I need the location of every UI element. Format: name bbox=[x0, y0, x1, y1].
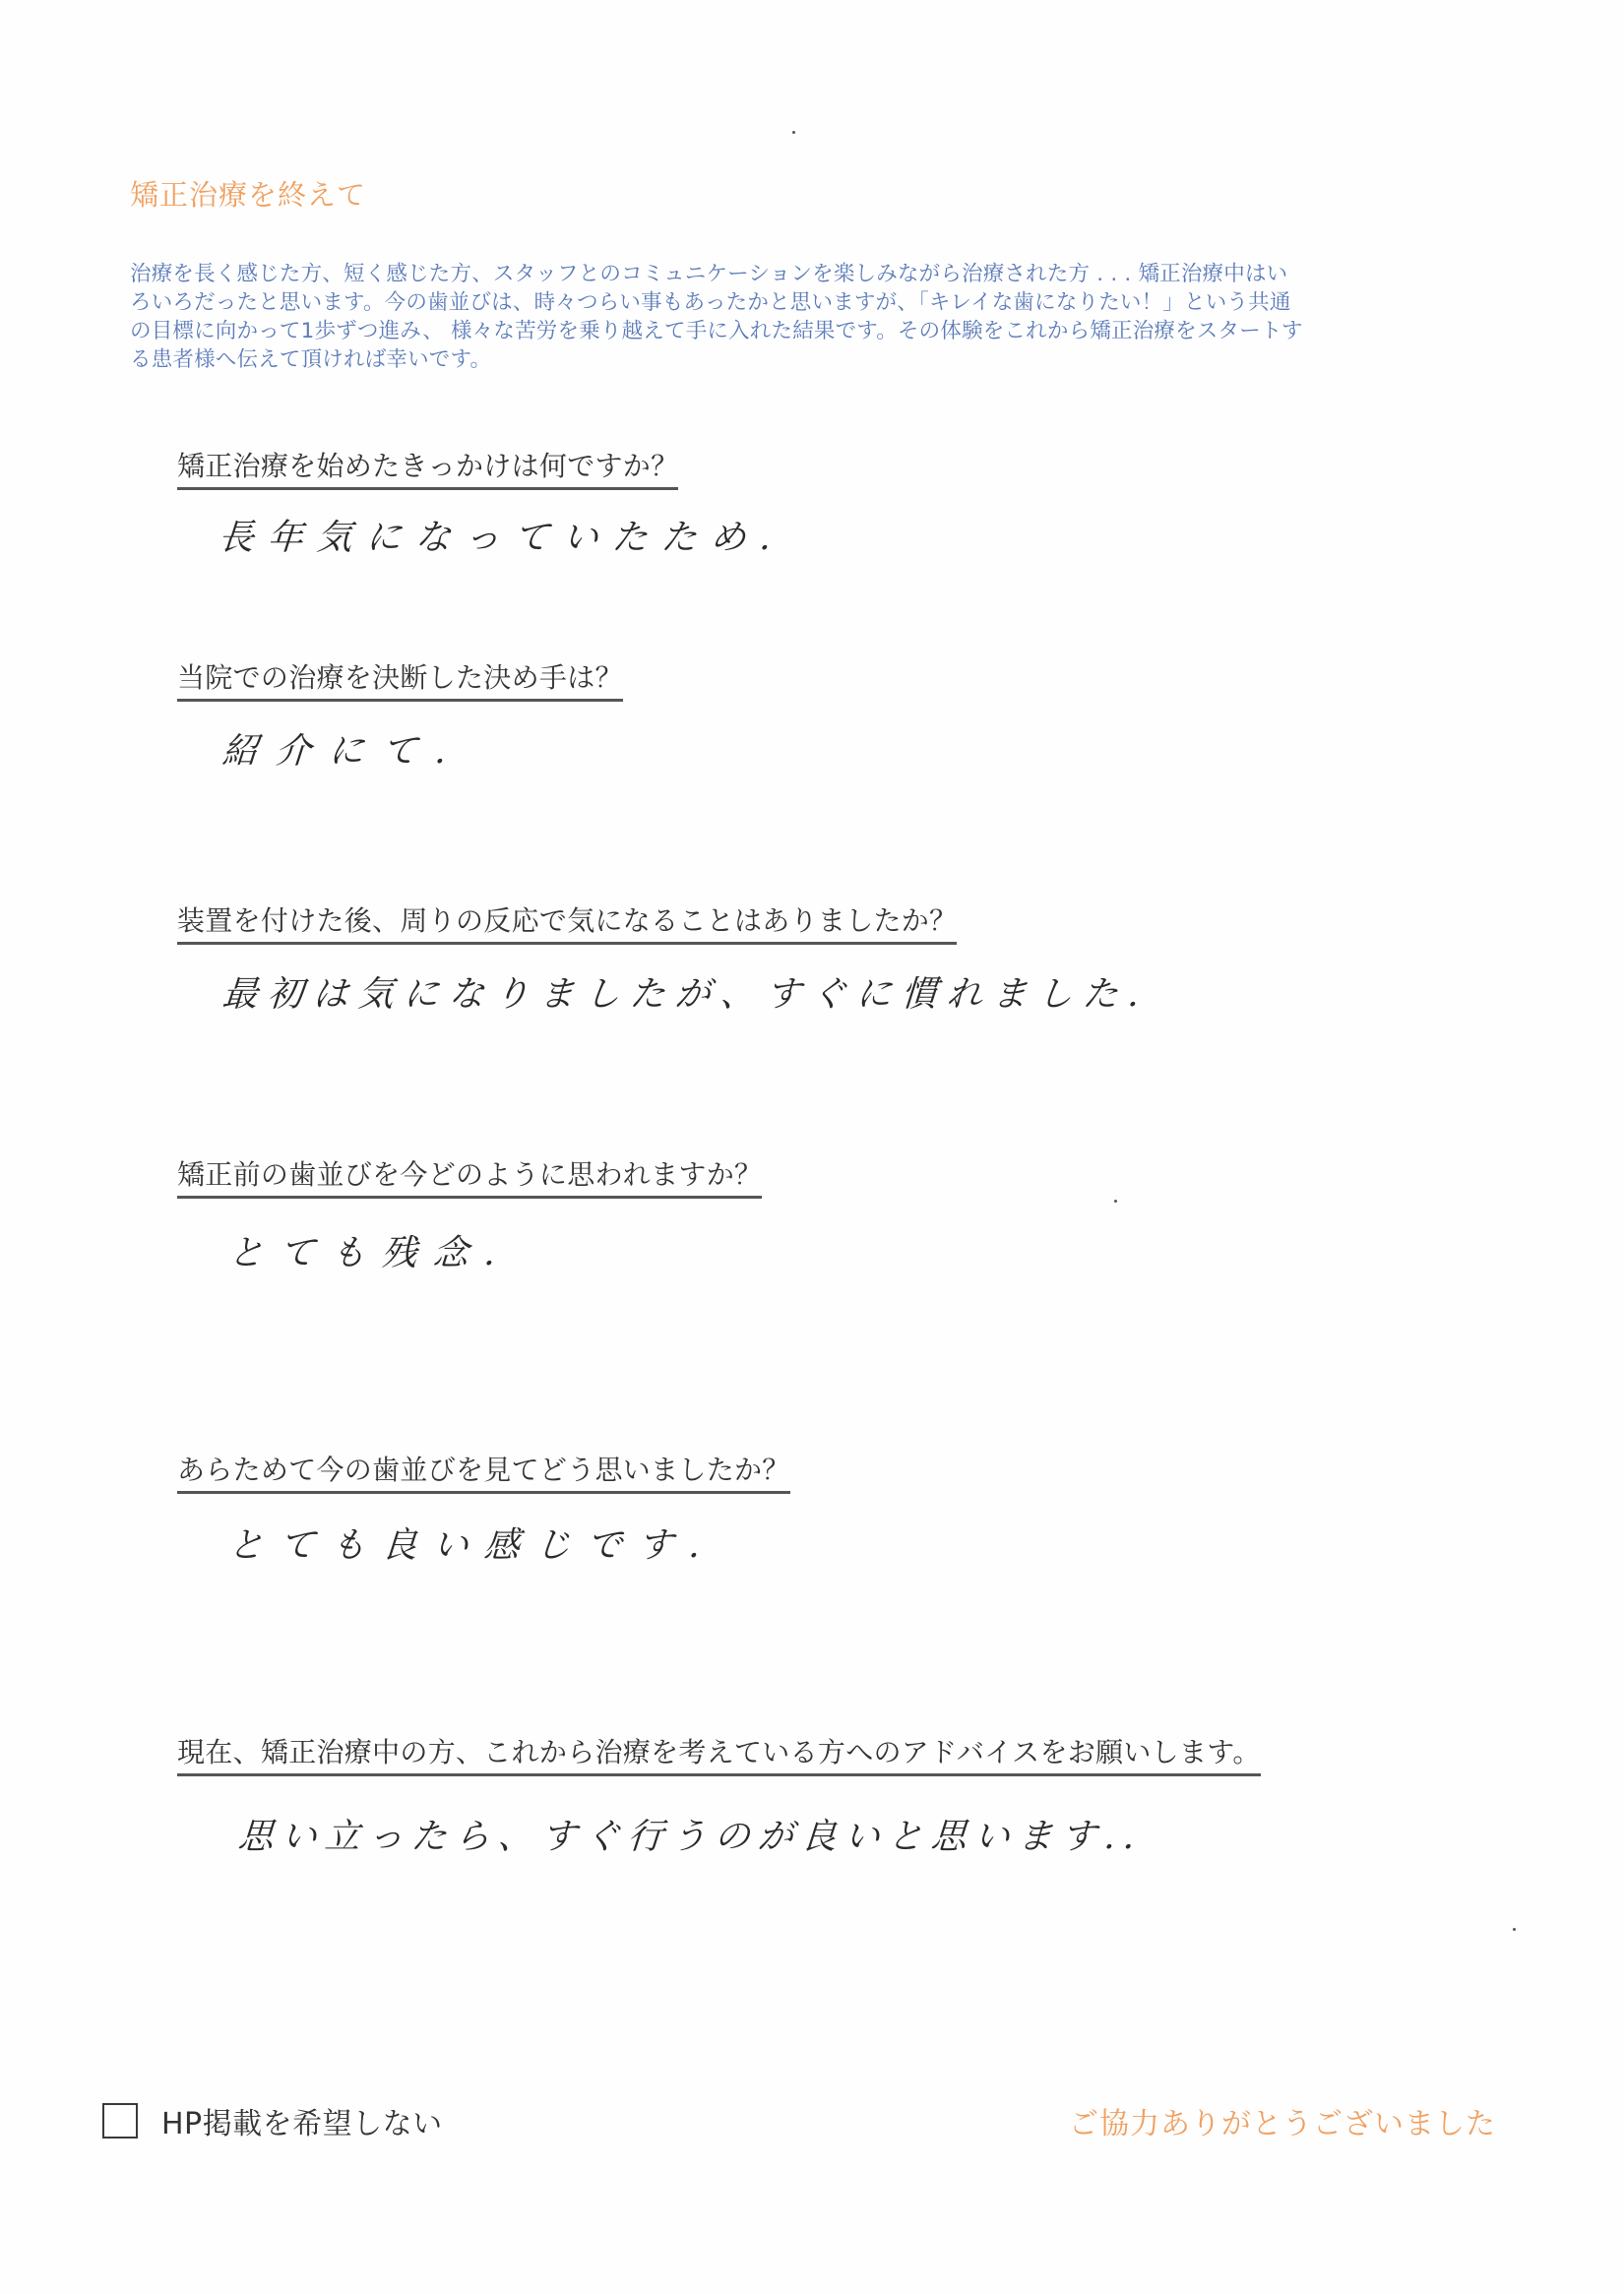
questionnaire-page: 矯正治療を終えて 治療を長く感じた方、短く感じた方、スタッフとのコミュニケーショ… bbox=[0, 0, 1624, 2294]
hp-optout-label: HP掲載を希望しない bbox=[161, 2099, 443, 2142]
hp-optout-checkbox[interactable] bbox=[102, 2103, 138, 2139]
intro-line: の目標に向かって1歩ずつ進み、 様々な苦労を乗り越えて手に入れた結果です。その体… bbox=[130, 317, 1508, 345]
answer-5-handwritten: とても良い感じです. bbox=[226, 1518, 718, 1568]
scan-speck bbox=[792, 131, 795, 134]
hp-optout-option[interactable]: HP掲載を希望しない bbox=[102, 2099, 443, 2142]
scan-speck bbox=[1513, 1928, 1516, 1931]
document-title: 矯正治療を終えて bbox=[130, 173, 366, 214]
thanks-message: ご協力ありがとうございました bbox=[1069, 2099, 1496, 2142]
question-6: 現在、矯正治療中の方、これから治療を考えている方へのアドバイスをお願いします。 bbox=[177, 1735, 1261, 1776]
intro-line: ろいろだったと思います。今の歯並びは、時々つらい事もあったかと思いますが、「キレ… bbox=[130, 288, 1508, 317]
answer-4-handwritten: とても残念. bbox=[226, 1225, 513, 1275]
question-3: 装置を付けた後、周りの反応で気になることはありましたか？ bbox=[177, 903, 957, 945]
intro-line: る患者様へ伝えて頂ければ幸いです。 bbox=[130, 345, 1508, 374]
answer-1-handwritten: 長年気になっていたため. bbox=[217, 510, 786, 560]
question-1: 矯正治療を始めたきっかけは何ですか？ bbox=[177, 449, 678, 490]
question-5: あらためて今の歯並びを見てどう思いましたか？ bbox=[177, 1453, 790, 1494]
question-2: 当院での治療を決断した決め手は？ bbox=[177, 660, 623, 702]
intro-paragraph: 治療を長く感じた方、短く感じた方、スタッフとのコミュニケーションを楽しみながら治… bbox=[130, 260, 1508, 374]
answer-6-handwritten: 思い立ったら、すぐ行うのが良いと思います.. bbox=[236, 1809, 1144, 1859]
answer-2-handwritten: 紹介にて. bbox=[220, 723, 466, 774]
scan-speck bbox=[1114, 1200, 1117, 1203]
intro-line: 治療を長く感じた方、短く感じた方、スタッフとのコミュニケーションを楽しみながら治… bbox=[130, 260, 1508, 288]
answer-3-handwritten: 最初は気になりましたが、すぐに慣れました. bbox=[220, 966, 1151, 1017]
question-4: 矯正前の歯並びを今どのように思われますか？ bbox=[177, 1157, 762, 1199]
